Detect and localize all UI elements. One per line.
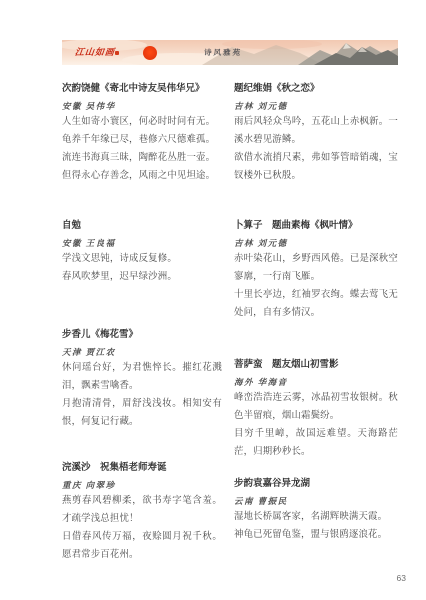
poem: 浣溪沙 祝集梧老师寿诞 重庆 向翠珍 燕剪春风碧柳柔，欲书寿字笔含羞。才疏学浅总…: [62, 461, 222, 564]
poem-line: 日借春风传万福，夜赊圆月祝千秋。愿君常步百花州。: [62, 528, 222, 564]
poem-line: 雨后风轻众鸟吟，五花山上赤枫新。一溪水碧见游鳞。: [234, 113, 398, 149]
poem: 步韵袁嘉谷异龙湖 云南 曹振民 湿地长桥属客家，名湖辉映满天霞。 神龟已死留龟鉴…: [234, 477, 398, 544]
poem: 菩萨蛮 题友烟山初雪影 海外 华海音 峰峦浩浩连云雾，冰晶初雪妆银树。秋色半留痕…: [234, 358, 398, 461]
poem-line: 学浅文思钝，诗成反复修。: [62, 250, 222, 268]
poem-line: 目穷千里嶂，故国远难望。天海路茫茫，归期秒秒长。: [234, 425, 398, 461]
poem: 卜算子 题曲素梅《枫叶情》 吉林 刘元德 赤叶染花山，乡野西风倦。已是深秋空寥廓…: [234, 219, 398, 322]
poem-author: 云南 曹振民: [234, 494, 398, 508]
poem: 自勉 安徽 王良福 学浅文思钝，诗成反复修。 春风吹梦里，迟早绿沙洲。: [62, 219, 222, 286]
poem-title: 题纪维娟《秋之恋》: [234, 82, 398, 95]
banner-title-calligraphy: 诗风雅苑: [204, 47, 243, 58]
poem-line: 赤叶染花山，乡野西风倦。已是深秋空寥廓，一行南飞雁。: [234, 250, 398, 286]
sun-icon: [143, 46, 157, 60]
poem-title: 菩萨蛮 题友烟山初雪影: [234, 358, 398, 371]
poem: 题纪维娟《秋之恋》 吉林 刘元德 雨后风轻众鸟吟，五花山上赤枫新。一溪水碧见游鳞…: [234, 82, 398, 185]
poem-title: 步香儿《梅花雪》: [62, 328, 222, 341]
poem-columns: 次韵饶健《寄北中诗友吴伟华兄》 安徽 吴伟华 人生如寄小寰区，何必时时问有无。 …: [62, 82, 398, 564]
poem-line: 欲借水流捎尺素，弗如筝管暗销魂，宝钗楼外已秋殷。: [234, 149, 398, 185]
poem-line: 峰峦浩浩连云雾，冰晶初雪妆银树。秋色半留痕，烟山霜鬓纷。: [234, 389, 398, 425]
poem-line: 神龟已死留龟鉴，盟与银鸥逐浪花。: [234, 526, 398, 544]
poem-title: 浣溪沙 祝集梧老师寿诞: [62, 461, 222, 474]
journal-page: 江山如画 诗风雅苑 次韵饶健《寄北中诗友吴伟华兄》 安徽 吴伟华 人生如寄小寰区…: [0, 0, 426, 600]
poem-line: 龟养千年缘已尽，巷修六尺德难孤。: [62, 131, 222, 149]
poem: 步香儿《梅花雪》 天津 贾江农 休问瑶台好，为君憔悴长。摧红花溅泪，飘素雪噙香。…: [62, 328, 222, 431]
poem-line: 十里长亭边，红袖罗衣绚。蝶去莺飞无处问，自有多情汉。: [234, 286, 398, 322]
poem-title: 自勉: [62, 219, 222, 232]
banner-painting: 江山如画 诗风雅苑: [62, 40, 398, 65]
poem-title: 卜算子 题曲素梅《枫叶情》: [234, 219, 398, 232]
poem-title: 步韵袁嘉谷异龙湖: [234, 477, 398, 490]
left-column: 次韵饶健《寄北中诗友吴伟华兄》 安徽 吴伟华 人生如寄小寰区，何必时时问有无。 …: [62, 82, 222, 564]
poem-line: 休问瑶台好，为君憔悴长。摧红花溅泪，飘素雪噙香。: [62, 359, 222, 395]
poem-author: 安徽 王良福: [62, 236, 222, 250]
poem-author: 重庆 向翠珍: [62, 478, 222, 492]
poem-author: 海外 华海音: [234, 375, 398, 389]
right-column: 题纪维娟《秋之恋》 吉林 刘元德 雨后风轻众鸟吟，五花山上赤枫新。一溪水碧见游鳞…: [234, 82, 398, 564]
poem-author: 吉林 刘元德: [234, 99, 398, 113]
poem-title: 次韵饶健《寄北中诗友吴伟华兄》: [62, 82, 222, 95]
poem-line: 但得永心存善念，风雨之中见坦途。: [62, 167, 222, 185]
poem-line: 春风吹梦里，迟早绿沙洲。: [62, 268, 222, 286]
poem-author: 吉林 刘元德: [234, 236, 398, 250]
poem-line: 人生如寄小寰区，何必时时问有无。: [62, 113, 222, 131]
poem-line: 湿地长桥属客家，名湖辉映满天霞。: [234, 508, 398, 526]
poem-line: 流连书海真三昧，陶醉花丛胜一壶。: [62, 149, 222, 167]
brand-calligraphy: 江山如画: [74, 45, 115, 58]
poem-line: 燕剪春风碧柳柔，欲书寿字笔含羞。才疏学浅总担忧！: [62, 492, 222, 528]
page-number: 63: [397, 573, 406, 583]
poem-author: 天津 贾江农: [62, 345, 222, 359]
poem-line: 月抱清清骨，眉舒浅浅妆。相知安有恨，何复记行藏。: [62, 395, 222, 431]
poem: 次韵饶健《寄北中诗友吴伟华兄》 安徽 吴伟华 人生如寄小寰区，何必时时问有无。 …: [62, 82, 222, 185]
seal-icon: [115, 51, 119, 55]
poem-author: 安徽 吴伟华: [62, 99, 222, 113]
